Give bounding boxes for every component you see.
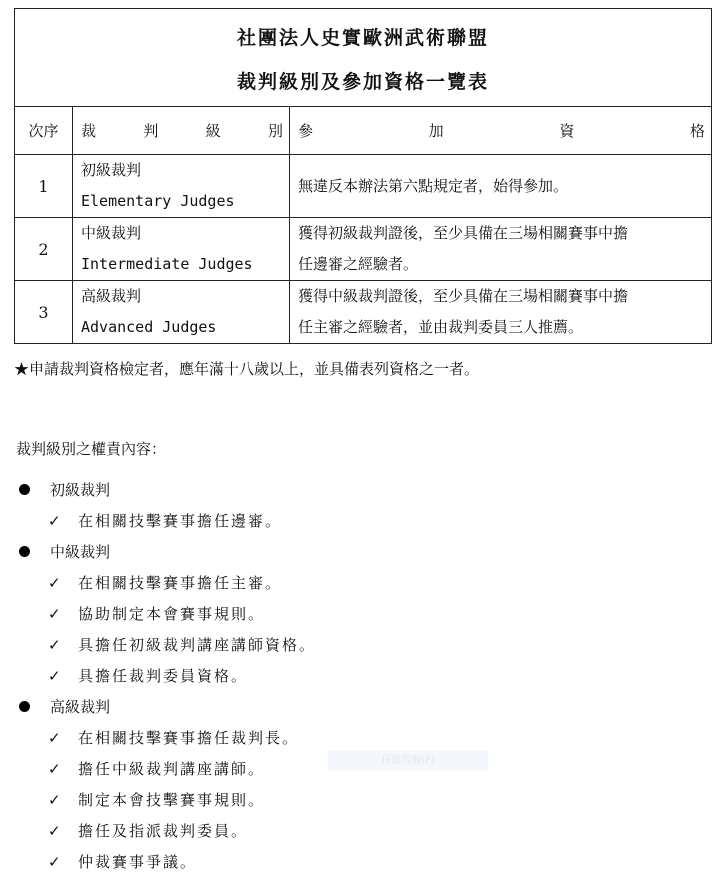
check-icon: ✓ xyxy=(48,605,78,623)
duty-item: ✓在相關技擊賽事擔任裁判長。 xyxy=(16,722,316,753)
duty-text: 具擔任初級裁判講座講師資格。 xyxy=(78,634,316,655)
qual-line: 無違反本辦法第六點規定者，始得參加。 xyxy=(298,171,705,202)
level-item: 中級裁判 xyxy=(16,536,316,567)
table-row: 1 初級裁判 Elementary Judges 無違反本辦法第六點規定者，始得… xyxy=(15,155,711,218)
check-icon: ✓ xyxy=(48,636,78,654)
header-char: 裁 xyxy=(81,120,96,141)
row-qualification: 無違反本辦法第六點規定者，始得參加。 xyxy=(290,155,711,217)
level-en: Advanced Judges xyxy=(81,312,289,343)
duty-text: 在相關技擊賽事擔任主審。 xyxy=(78,572,282,593)
duty-item: ✓具擔任裁判委員資格。 xyxy=(16,660,316,691)
duty-item: ✓協助制定本會賽事規則。 xyxy=(16,598,316,629)
table-title: 社團法人史實歐洲武術聯盟 裁判級別及參加資格一覽表 xyxy=(15,9,711,107)
row-qualification: 獲得初級裁判證後，至少具備在三場相關賽事中擔 任邊審之經驗者。 xyxy=(290,218,711,280)
check-icon: ✓ xyxy=(48,574,78,592)
duties-heading: 裁判級別之權責內容： xyxy=(16,438,166,459)
level-en: Elementary Judges xyxy=(81,186,289,217)
table-header-row: 次序 裁 判 級 別 參 加 資 格 xyxy=(15,107,711,155)
level-name: 高級裁判 xyxy=(50,696,110,717)
duty-text: 協助制定本會賽事規則。 xyxy=(78,603,265,624)
duty-item: ✓在相關技擊賽事擔任主審。 xyxy=(16,567,316,598)
level-item: 初級裁判 xyxy=(16,474,316,505)
org-name: 社團法人史實歐洲武術聯盟 xyxy=(15,9,711,55)
row-level: 中級裁判 Intermediate Judges xyxy=(73,218,290,280)
duty-item: ✓在相關技擊賽事擔任邊審。 xyxy=(16,505,316,536)
header-char: 資 xyxy=(559,120,574,141)
row-qualification: 獲得中級裁判證後，至少具備在三場相關賽事中擔 任主審之經驗者，並由裁判委員三人推… xyxy=(290,281,711,343)
duty-text: 具擔任裁判委員資格。 xyxy=(78,665,248,686)
table-row: 2 中級裁判 Intermediate Judges 獲得初級裁判證後，至少具備… xyxy=(15,218,711,281)
bullet-icon xyxy=(19,484,30,495)
level-name: 中級裁判 xyxy=(50,541,110,562)
qual-line: 任邊審之經驗者。 xyxy=(298,249,705,280)
level-en: Intermediate Judges xyxy=(81,249,289,280)
bullet-icon xyxy=(19,701,30,712)
duty-text: 在相關技擊賽事擔任邊審。 xyxy=(78,510,282,531)
qual-line: 任主審之經驗者，並由裁判委員三人推薦。 xyxy=(298,312,705,343)
header-level: 裁 判 級 別 xyxy=(73,107,290,154)
header-char: 別 xyxy=(268,120,283,141)
check-icon: ✓ xyxy=(48,791,78,809)
level-zh: 高級裁判 xyxy=(81,281,289,312)
check-icon: ✓ xyxy=(48,853,78,871)
duty-item: ✓具擔任初級裁判講座講師資格。 xyxy=(16,629,316,660)
duty-item: ✓擔任及指派裁判委員。 xyxy=(16,815,316,846)
header-char: 格 xyxy=(690,120,705,141)
duty-text: 制定本會技擊賽事規則。 xyxy=(78,789,265,810)
duty-item: ✓仲裁賽事爭議。 xyxy=(16,846,316,877)
qual-line: 獲得初級裁判證後，至少具備在三場相關賽事中擔 xyxy=(298,218,705,249)
table-row: 3 高級裁判 Advanced Judges 獲得中級裁判證後，至少具備在三場相… xyxy=(15,281,711,343)
snip-tool-overlay: 任意剪取(F) xyxy=(328,750,488,771)
duty-text: 在相關技擊賽事擔任裁判長。 xyxy=(78,727,299,748)
eligibility-note: ★申請裁判資格檢定者，應年滿十八歲以上，並具備表列資格之一者。 xyxy=(14,358,479,379)
row-level: 初級裁判 Elementary Judges xyxy=(73,155,290,217)
row-no: 1 xyxy=(15,155,73,217)
row-level: 高級裁判 Advanced Judges xyxy=(73,281,290,343)
row-no: 2 xyxy=(15,218,73,280)
qual-line: 獲得中級裁判證後，至少具備在三場相關賽事中擔 xyxy=(298,281,705,312)
check-icon: ✓ xyxy=(48,760,78,778)
header-char: 加 xyxy=(429,120,444,141)
duty-item: ✓制定本會技擊賽事規則。 xyxy=(16,784,316,815)
header-char: 判 xyxy=(143,120,158,141)
duty-text: 仲裁賽事爭議。 xyxy=(78,851,197,872)
header-char: 參 xyxy=(298,120,313,141)
header-char: 級 xyxy=(206,120,221,141)
table-name: 裁判級別及參加資格一覽表 xyxy=(15,55,711,94)
duty-item: ✓擔任中級裁判講座講師。 xyxy=(16,753,316,784)
level-item: 高級裁判 xyxy=(16,691,316,722)
duties-list: 初級裁判 ✓在相關技擊賽事擔任邊審。 中級裁判 ✓在相關技擊賽事擔任主審。 ✓協… xyxy=(16,474,316,877)
level-name: 初級裁判 xyxy=(50,479,110,500)
level-zh: 中級裁判 xyxy=(81,218,289,249)
check-icon: ✓ xyxy=(48,822,78,840)
duty-text: 擔任中級裁判講座講師。 xyxy=(78,758,265,779)
qualification-table: 社團法人史實歐洲武術聯盟 裁判級別及參加資格一覽表 次序 裁 判 級 別 參 加… xyxy=(14,8,712,344)
row-no: 3 xyxy=(15,281,73,343)
header-qualification: 參 加 資 格 xyxy=(290,107,711,154)
header-no: 次序 xyxy=(15,107,73,154)
level-zh: 初級裁判 xyxy=(81,155,289,186)
check-icon: ✓ xyxy=(48,667,78,685)
check-icon: ✓ xyxy=(48,512,78,530)
check-icon: ✓ xyxy=(48,729,78,747)
duty-text: 擔任及指派裁判委員。 xyxy=(78,820,248,841)
bullet-icon xyxy=(19,546,30,557)
